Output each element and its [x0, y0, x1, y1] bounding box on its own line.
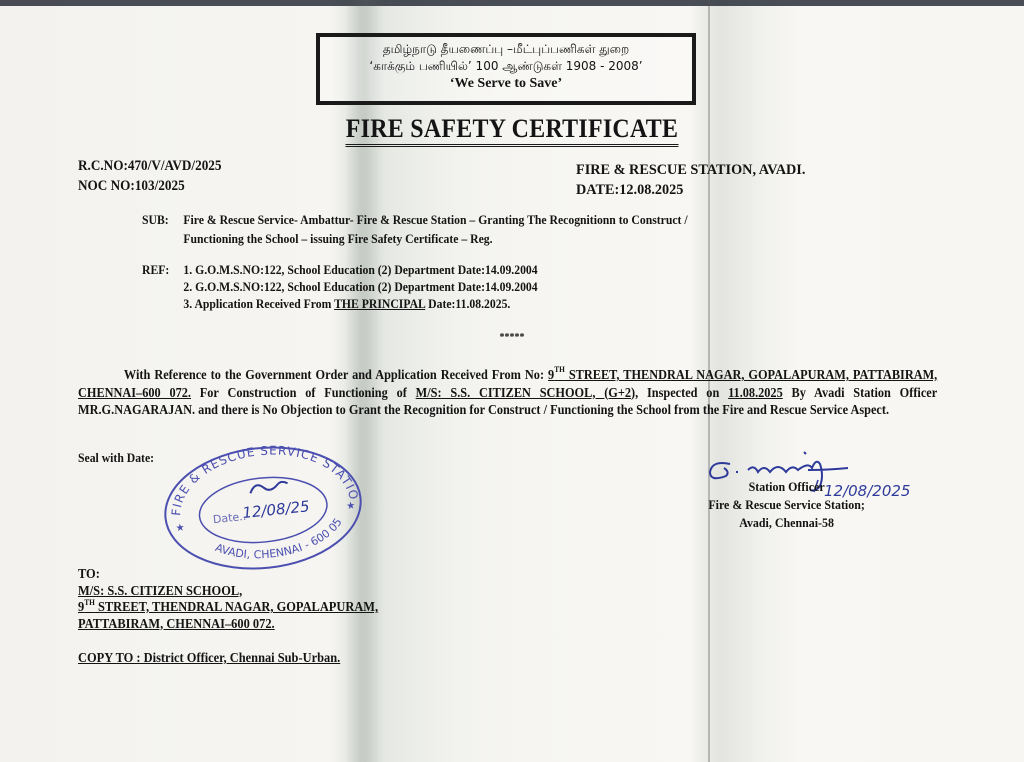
designation: Station Officer	[690, 478, 883, 496]
location: Avadi, Chennai-58	[690, 514, 883, 532]
rc-number: R.C.NO:470/V/AVD/2025	[78, 156, 221, 176]
seal-label: Seal with Date:	[78, 450, 154, 466]
recipient-block: TO: M/S: S.S. CITIZEN SCHOOL, 9TH STREET…	[78, 566, 378, 632]
school-name: S.S. CITIZEN SCHOOL, (G+2),	[442, 385, 639, 400]
separator: *****	[0, 332, 1024, 343]
recipient-address-line-1: 9TH STREET, THENDRAL NAGAR, GOPALAPURAM,	[78, 599, 378, 614]
official-seal-stamp: FIRE & RESCUE SERVICE STATION AVADI, CHE…	[160, 444, 366, 572]
copy-to: COPY TO : District Officer, Chennai Sub-…	[78, 650, 340, 666]
reference-item: 3. Application Received From THE PRINCIP…	[142, 295, 538, 312]
reference-item: 2. G.O.M.S.NO:122, School Education (2) …	[142, 278, 538, 295]
department-header-box: தமிழ்நாடு தீயணைப்பு –மீட்புப்பணிகள் துறை…	[316, 33, 696, 105]
applicant: THE PRINCIPAL	[334, 296, 425, 311]
signing-authority: Station Officer Fire & Rescue Service St…	[690, 478, 883, 532]
noc-number: NOC NO:103/2025	[78, 176, 221, 196]
motto: ‘We Serve to Save’	[320, 75, 692, 93]
references-block: REF:1. G.O.M.S.NO:122, School Education …	[142, 261, 538, 312]
reference-item: 1. G.O.M.S.NO:122, School Education (2) …	[183, 262, 537, 277]
page-title: FIRE SAFETY CERTIFICATE	[41, 114, 983, 144]
school-prefix: M/S:	[416, 385, 442, 400]
recipient-address-line-2: PATTABIRAM, CHENNAI–600 072.	[78, 616, 275, 631]
reference-numbers: R.C.NO:470/V/AVD/2025 NOC NO:103/2025	[78, 156, 221, 196]
certificate-body: With Reference to the Government Order a…	[78, 366, 937, 419]
tamil-centenary-line: ‘காக்கும் பணியில்’ 100 ஆண்டுகள் 1908 - 2…	[320, 58, 692, 75]
issue-date: DATE:12.08.2025	[576, 180, 805, 200]
seal-icon: FIRE & RESCUE SERVICE STATION AVADI, CHE…	[160, 444, 366, 572]
tamil-department-line: தமிழ்நாடு தீயணைப்பு –மீட்புப்பணிகள் துறை	[320, 41, 692, 58]
office: Fire & Rescue Service Station;	[690, 496, 883, 514]
recipient-name: M/S: S.S. CITIZEN SCHOOL,	[78, 583, 242, 598]
subject-label: SUB:	[142, 210, 183, 229]
subject-line-1: Fire & Rescue Service- Ambattur- Fire & …	[183, 212, 687, 227]
svg-text:12/08/25: 12/08/25	[241, 497, 310, 522]
scan-top-edge	[0, 0, 1024, 6]
inspection-date: 11.08.2025	[728, 385, 783, 400]
station-name: FIRE & RESCUE STATION, AVADI.	[576, 160, 805, 180]
recipient-label: TO:	[78, 566, 378, 583]
subject-line-2: Functioning the School – issuing Fire Sa…	[142, 229, 688, 248]
svg-text:★: ★	[346, 500, 356, 512]
subject-block: SUB:Fire & Rescue Service- Ambattur- Fir…	[142, 210, 688, 248]
references-label: REF:	[142, 261, 183, 278]
issuing-station: FIRE & RESCUE STATION, AVADI. DATE:12.08…	[576, 160, 805, 200]
svg-text:★: ★	[175, 522, 185, 534]
